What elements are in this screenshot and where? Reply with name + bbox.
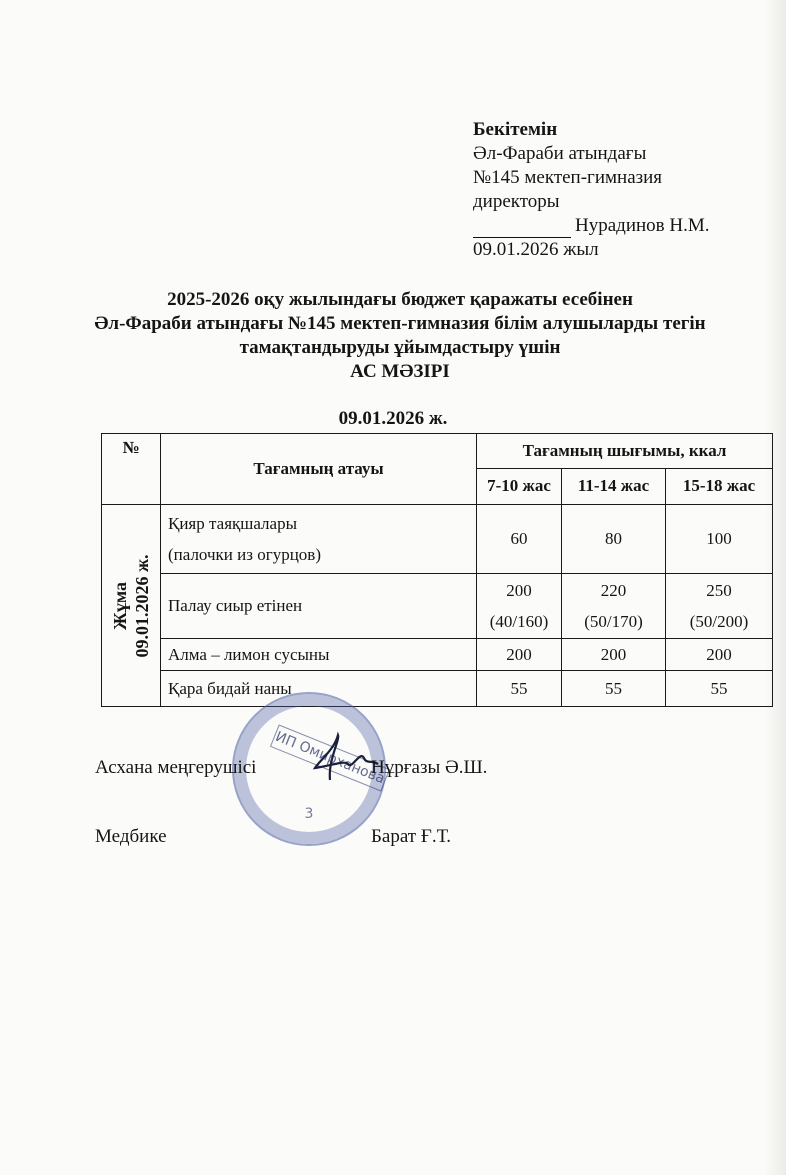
title-line-3: тамақтандыруды ұйымдастыру үшін: [90, 336, 710, 360]
kcal-15-18: 55: [666, 671, 773, 707]
header-age-11-14: 11-14 жас: [562, 468, 666, 504]
dish-name: Қияр таяқшалары (палочки из огурцов): [161, 505, 477, 574]
kcal-7-10: 60: [477, 505, 562, 574]
day-label: Жұма: [109, 554, 131, 657]
kcal-value: 220: [562, 575, 665, 606]
approval-signatory-row: Нурадинов Н.М.: [473, 214, 710, 238]
kcal-11-14: 80: [562, 505, 666, 574]
approval-signatory: Нурадинов Н.М.: [575, 215, 710, 236]
kcal-11-14: 200: [562, 639, 666, 671]
dish-name-sub: (палочки из огурцов): [168, 539, 476, 570]
approval-heading: Бекітемін: [473, 118, 710, 142]
kcal-11-14: 220(50/170): [562, 574, 666, 639]
title-line-1: 2025-2026 оқу жылындағы бюджет қаражаты …: [90, 288, 710, 312]
header-age-7-10: 7-10 жас: [477, 468, 562, 504]
kcal-value: 250: [666, 575, 772, 606]
title-line-2: Әл-Фараби атындағы №145 мектеп-гимназия …: [90, 312, 710, 336]
kcal-breakdown: (50/200): [666, 606, 772, 637]
approval-line-3: директоры: [473, 190, 710, 214]
table-row: Палау сиыр етінен 200(40/160) 220(50/170…: [102, 574, 773, 639]
menu-table: № Тағамның атауы Тағамның шығымы, ккал 7…: [101, 433, 773, 707]
table-row: Қара бидай наны 55 55 55: [102, 671, 773, 707]
canteen-manager-role: Асхана меңгерушісі: [95, 757, 256, 779]
table-row: Алма – лимон сусыны 200 200 200: [102, 639, 773, 671]
kcal-15-18: 250(50/200): [666, 574, 773, 639]
document-title: 2025-2026 оқу жылындағы бюджет қаражаты …: [90, 288, 710, 384]
kcal-breakdown: (50/170): [562, 606, 665, 637]
kcal-breakdown: (40/160): [477, 606, 561, 637]
kcal-15-18: 100: [666, 505, 773, 574]
menu-date: 09.01.2026 ж.: [0, 408, 786, 430]
kcal-7-10: 200(40/160): [477, 574, 562, 639]
day-cell: Жұма 09.01.2026 ж.: [102, 505, 161, 707]
dish-name: Палау сиыр етінен: [161, 574, 477, 639]
kcal-15-18: 200: [666, 639, 773, 671]
day-date: 09.01.2026 ж.: [131, 554, 153, 657]
dish-name-main: Қияр таяқшалары: [168, 508, 476, 539]
header-age-15-18: 15-18 жас: [666, 468, 773, 504]
day-label-vertical: Жұма 09.01.2026 ж.: [109, 554, 153, 657]
table-row: Жұма 09.01.2026 ж. Қияр таяқшалары (пало…: [102, 505, 773, 574]
kcal-7-10: 200: [477, 639, 562, 671]
approval-line-2: №145 мектеп-гимназия: [473, 166, 710, 190]
stamp-number: 3: [234, 806, 384, 822]
header-yield: Тағамның шығымы, ккал: [477, 434, 773, 469]
canteen-manager-name: Нұрғазы Ә.Ш.: [371, 757, 487, 779]
nurse-name: Барат Ғ.Т.: [371, 826, 451, 848]
kcal-7-10: 55: [477, 671, 562, 707]
dish-name: Алма – лимон сусыны: [161, 639, 477, 671]
title-line-4: АС МӘЗІРІ: [90, 360, 710, 384]
kcal-value: 200: [477, 575, 561, 606]
nurse-role: Медбике: [95, 826, 167, 848]
approval-line-1: Әл-Фараби атындағы: [473, 142, 710, 166]
approval-date: 09.01.2026 жыл: [473, 238, 710, 262]
header-no: №: [102, 434, 161, 505]
kcal-11-14: 55: [562, 671, 666, 707]
signature-line: [473, 219, 571, 238]
header-dish-name: Тағамның атауы: [161, 434, 477, 505]
approval-block: Бекітемін Әл-Фараби атындағы №145 мектеп…: [473, 118, 710, 262]
